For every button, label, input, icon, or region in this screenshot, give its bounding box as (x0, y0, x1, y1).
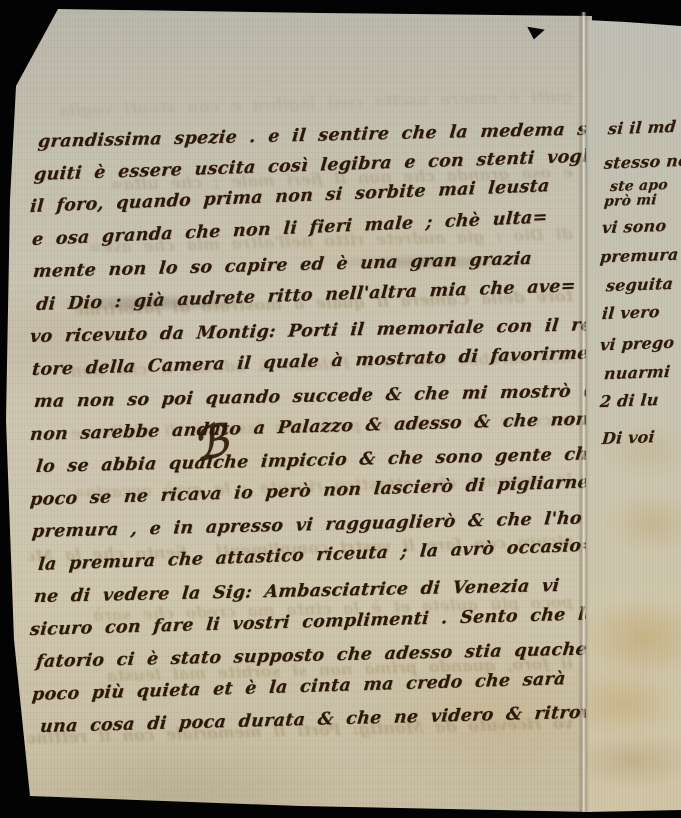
fragment-line: seguita (605, 274, 674, 295)
fragment-line: 2 di lu (599, 390, 659, 411)
page-fold-crease (578, 12, 589, 812)
adjacent-page-fragment: si il md stesso non ste apo prò mi vi so… (586, 0, 681, 818)
fragment-line: prò mi (603, 192, 657, 210)
fragment-line: vi prego (599, 333, 675, 355)
fragment-line: nuarmi (603, 362, 671, 383)
fragment-line: si il md (607, 117, 677, 138)
fragment-line: stesso non (603, 150, 681, 172)
fragment-line: premura (599, 245, 679, 267)
fragment-line: vi sono (601, 216, 667, 237)
letter-main-page: guiti è essere uscita così legibra e con… (0, 0, 592, 818)
fragment-line: Di voi (601, 427, 655, 448)
letter-photograph: guiti è essere uscita così legibra e con… (0, 0, 681, 818)
letter-body-text: grandissima spezie . e il sentire che la… (30, 126, 582, 744)
fragment-line: il vero (601, 302, 660, 323)
